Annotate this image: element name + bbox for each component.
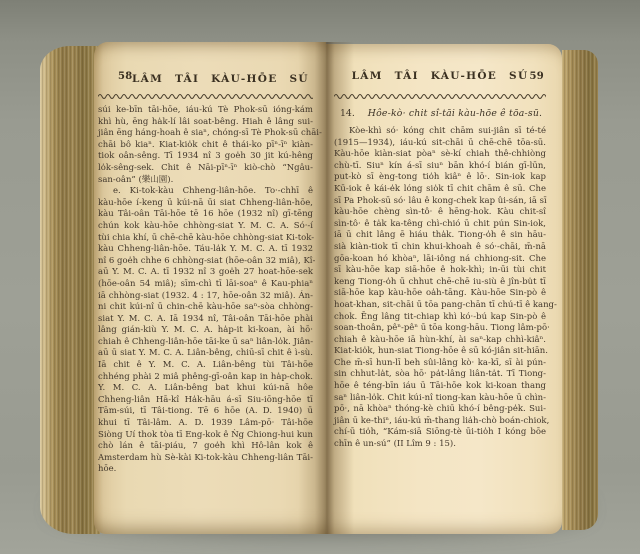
text-line: gōa-koan hó khòaⁿ, lāi-iông ná chhiong-s… [334, 254, 546, 266]
text-line: hoat-khan, sit-chāi ū tōa pang-chān tī c… [334, 300, 546, 312]
text-line: sià kiàn-tiok tī chin khui-khoah ê só·-c… [334, 242, 546, 254]
text-line: kàu Chheng-liân-hōe. Táu-la̍k Y. M. C. A… [98, 244, 313, 256]
text-line: Kiat-kio̍k, hun-siat Tiong-hōe ê sū kó-j… [334, 346, 546, 358]
text-line: chhéng phài 2 miâ phêng-gī-oân kap in ha… [98, 372, 313, 384]
text-line: iā ū chit lâng ē hiáu tha̍k. Tiong-o̍h ê… [334, 230, 546, 242]
right-fore-edge-pages [562, 50, 598, 530]
text-line: hōe. [98, 464, 313, 476]
text-line: keng Tiong-o̍h ū chhut chē-chē iu-siù ê … [334, 277, 546, 289]
text-line: Chheng-liân Hā-kî Ha̍k-hāu á-sī Siu-iōng… [98, 395, 313, 407]
text-line: iā chhòng-siat (1932. 4 : 17, hōe-oân 32… [98, 291, 313, 303]
left-page-body-text: súi ke-bīn tāi-hōe, iáu-kú Tè Phok-sū ió… [98, 105, 313, 476]
text-line: chok. Ēng lâng tit-chiap khì kó·-bú kap … [334, 312, 546, 324]
text-line: chiah ê Chheng-liân-hōe tāi-ke ū saⁿ liâ… [98, 337, 313, 349]
text-line: chāi bô kiaⁿ. Kiat-kio̍k chit ê thái-ko … [98, 140, 313, 152]
text-line: hōe ê téng-bīn iáu ū Tāi-hōe kok ki-koan… [334, 381, 546, 393]
wavy-rule-path [98, 95, 313, 99]
text-line: (hōe-oân 54 miâ); sīm-chì tī lāi-soaⁿ ê … [98, 279, 313, 291]
right-page-header: LÂM TÂI KÀU-HŌE SÚ 59 [334, 70, 546, 86]
text-line: khui tī Tâi-lâm. A. D. 1939 Lâm-pō· Tâi-… [98, 418, 313, 430]
text-line: súi ke-bīn tāi-hōe, iáu-kú Tè Phok-sū ió… [98, 105, 313, 117]
text-line: Y. M. C. A. Liân-bêng bat khui kúi-nā hô… [98, 383, 313, 395]
text-line: sī kàu-hōe kap siā-hōe ê hok-khì; in-ūi … [334, 265, 546, 277]
text-line: chí-ū tio̍h, “Kám-siā Siōng-tè ūi-tio̍h … [334, 427, 546, 439]
text-line: lâng gián-kiù Y. M. C. A. ha̍p-it ki-koa… [98, 325, 313, 337]
running-title-left: LÂM TÂI KÀU-HŌE SÚ [132, 73, 309, 85]
text-line: chún kok kàu-hōe chhòng-siat Y. M. C. A.… [98, 221, 313, 233]
text-line: san-oân” (樂山園). [98, 175, 313, 187]
text-line: kàu-hōe chèng sìn-tô· ê hēng-hok. Kàu ch… [334, 207, 546, 219]
left-page-number: 58 [118, 71, 133, 82]
right-page-body-text: Kòe-khì só· kóng chit chām sui-jiân sī t… [334, 126, 546, 451]
text-line: Kū-iok ê kái-e̍k lóng sio̍k tī chit chām… [334, 184, 546, 196]
text-line: chiah ê kàu-hōe iā hùn-khí, ài saⁿ-kap c… [334, 335, 546, 347]
text-line: ni chit kúi-nî ū chin-chē kàu-hōe saⁿ-sò… [98, 302, 313, 314]
right-page-content: LÂM TÂI KÀU-HŌE SÚ 59 14.Hôe-kò· chit sî… [334, 70, 546, 451]
wavy-rule-path [334, 95, 546, 99]
text-line: lo̍k-sêng-sek. Chit ê Nāi-pīⁿ-īⁿ kiò-chò… [98, 163, 313, 175]
text-line: Kàu-hōe kiàn-siat pòaⁿ sè-kí chiah thê-c… [334, 149, 546, 161]
text-line: chò lán ê tāi-piáu, 7 goe̍h khì Hô-lân k… [98, 441, 313, 453]
text-line: kàu Tâi-oân Tāi-hōe tē 16 hōe (1932 nî) … [98, 209, 313, 221]
text-line: Iā chit ê Y. M. C. A. Liân-bêng tùi Tâi-… [98, 360, 313, 372]
section-heading: 14.Hôe-kò· chit sî-tāi kàu-hōe ê tōa-sū. [334, 108, 546, 119]
text-line: Tām-súi, tī Tâi-tiong. Tē 6 hōe (A. D. 1… [98, 406, 313, 418]
text-line: tùi chia khí, ū chē-chē kàu-hōe chhòng-s… [98, 233, 313, 245]
text-line: aū ū siat Y. M. C. A. Liân-bêng, chiū-sī… [98, 348, 313, 360]
text-line: soan-thoân, pêⁿ-pêⁿ ū tōa kong-hāu. Tion… [334, 323, 546, 335]
wavy-rule-icon [98, 92, 313, 99]
text-line: Kòe-khì só· kóng chit chām sui-jiân sī t… [334, 126, 546, 138]
text-line: (1915—1934), iáu-kú sit-chāi ū chē-chē t… [334, 138, 546, 150]
text-line: nî 6 goe̍h chhe 6 chhòng-siat (hōe-oân 3… [98, 256, 313, 268]
left-page-header: 58 ’LÂM TÂI KÀU-HŌE SÚ [98, 70, 313, 86]
running-title-right: LÂM TÂI KÀU-HŌE SÚ [352, 70, 529, 82]
text-line: chù-tī. Siuⁿ kín á-sī siuⁿ bān khó-í biá… [334, 161, 546, 173]
text-line: siat Y. M. C. A. Iā 1934 nî, Tâi-oân Tāi… [98, 314, 313, 326]
text-line: pō·, nā khòaⁿ thóng-kè chiū khó-í bêng-p… [334, 404, 546, 416]
text-line: put-kò sī èng-tong tio̍h kiâⁿ ê lō·. Sin… [334, 172, 546, 184]
text-line: siā-hōe kap kàu-hōe oa̍h-tāng. Kàu-hōe S… [334, 288, 546, 300]
left-fore-edge-pages [40, 46, 100, 534]
text-line: sìn-tô· ê ta̍k ka-têng chì-chió ū chit p… [334, 219, 546, 231]
text-line: jiân ū ke-thiⁿ, iáu-kú m̄-thang lia̍h-ch… [334, 416, 546, 428]
text-line: kàu-hōe í-keng ū kúi-nā ūi siat Chheng-l… [98, 198, 313, 210]
text-line: saⁿ liân-lo̍k. Chit kúi-nî tiong-kan kàu… [334, 393, 546, 405]
text-line: Che m̄-sī hun-lī beh sûi-lâng kò· ka-kī,… [334, 358, 546, 370]
section-title: Hôe-kò· chit sî-tāi kàu-hōe ê tōa-sū. [368, 108, 542, 119]
text-line: sin chhut-la̍t, sòa hō· pa̍t-lâng liân-t… [334, 369, 546, 381]
left-page-content: 58 ’LÂM TÂI KÀU-HŌE SÚ súi ke-bīn tāi-hō… [98, 70, 313, 476]
photo-backdrop: 58 ’LÂM TÂI KÀU-HŌE SÚ súi ke-bīn tāi-hō… [0, 0, 640, 554]
text-line: jiân ēng háng-hoah ê siaⁿ, chóng-sī Tè P… [98, 128, 313, 140]
text-line: tiok oân-sêng. Tī 1934 nî 3 goe̍h 30 jit… [98, 151, 313, 163]
text-line: aū Y. M. C. A. tī 1932 nî 3 goe̍h 27 hoa… [98, 267, 313, 279]
text-line: Siòng Uí thok tòa tī Eng-kok ê Ǹg Chiong… [98, 430, 313, 442]
text-line: chīn ê un-sú” (II Lîm 9 : 15). [334, 439, 546, 451]
text-line: sī Pa Phok-sū só· lâu ê kong-chek kap ûi… [334, 196, 546, 208]
open-book: 58 ’LÂM TÂI KÀU-HŌE SÚ súi ke-bīn tāi-hō… [40, 42, 598, 538]
wavy-rule-icon [334, 92, 546, 99]
text-line: Amsterdam hù Sè-kài Ki-tok-kàu Chheng-li… [98, 453, 313, 465]
right-page-number: 59 [529, 71, 544, 82]
text-line: e. Ki-tok-kàu Chheng-liân-hōe. To·-chhī … [98, 186, 313, 198]
section-number: 14. [340, 108, 355, 119]
text-line: khì hù, ēng ha̍k-lí lâi soat-bêng. Hiah … [98, 117, 313, 129]
